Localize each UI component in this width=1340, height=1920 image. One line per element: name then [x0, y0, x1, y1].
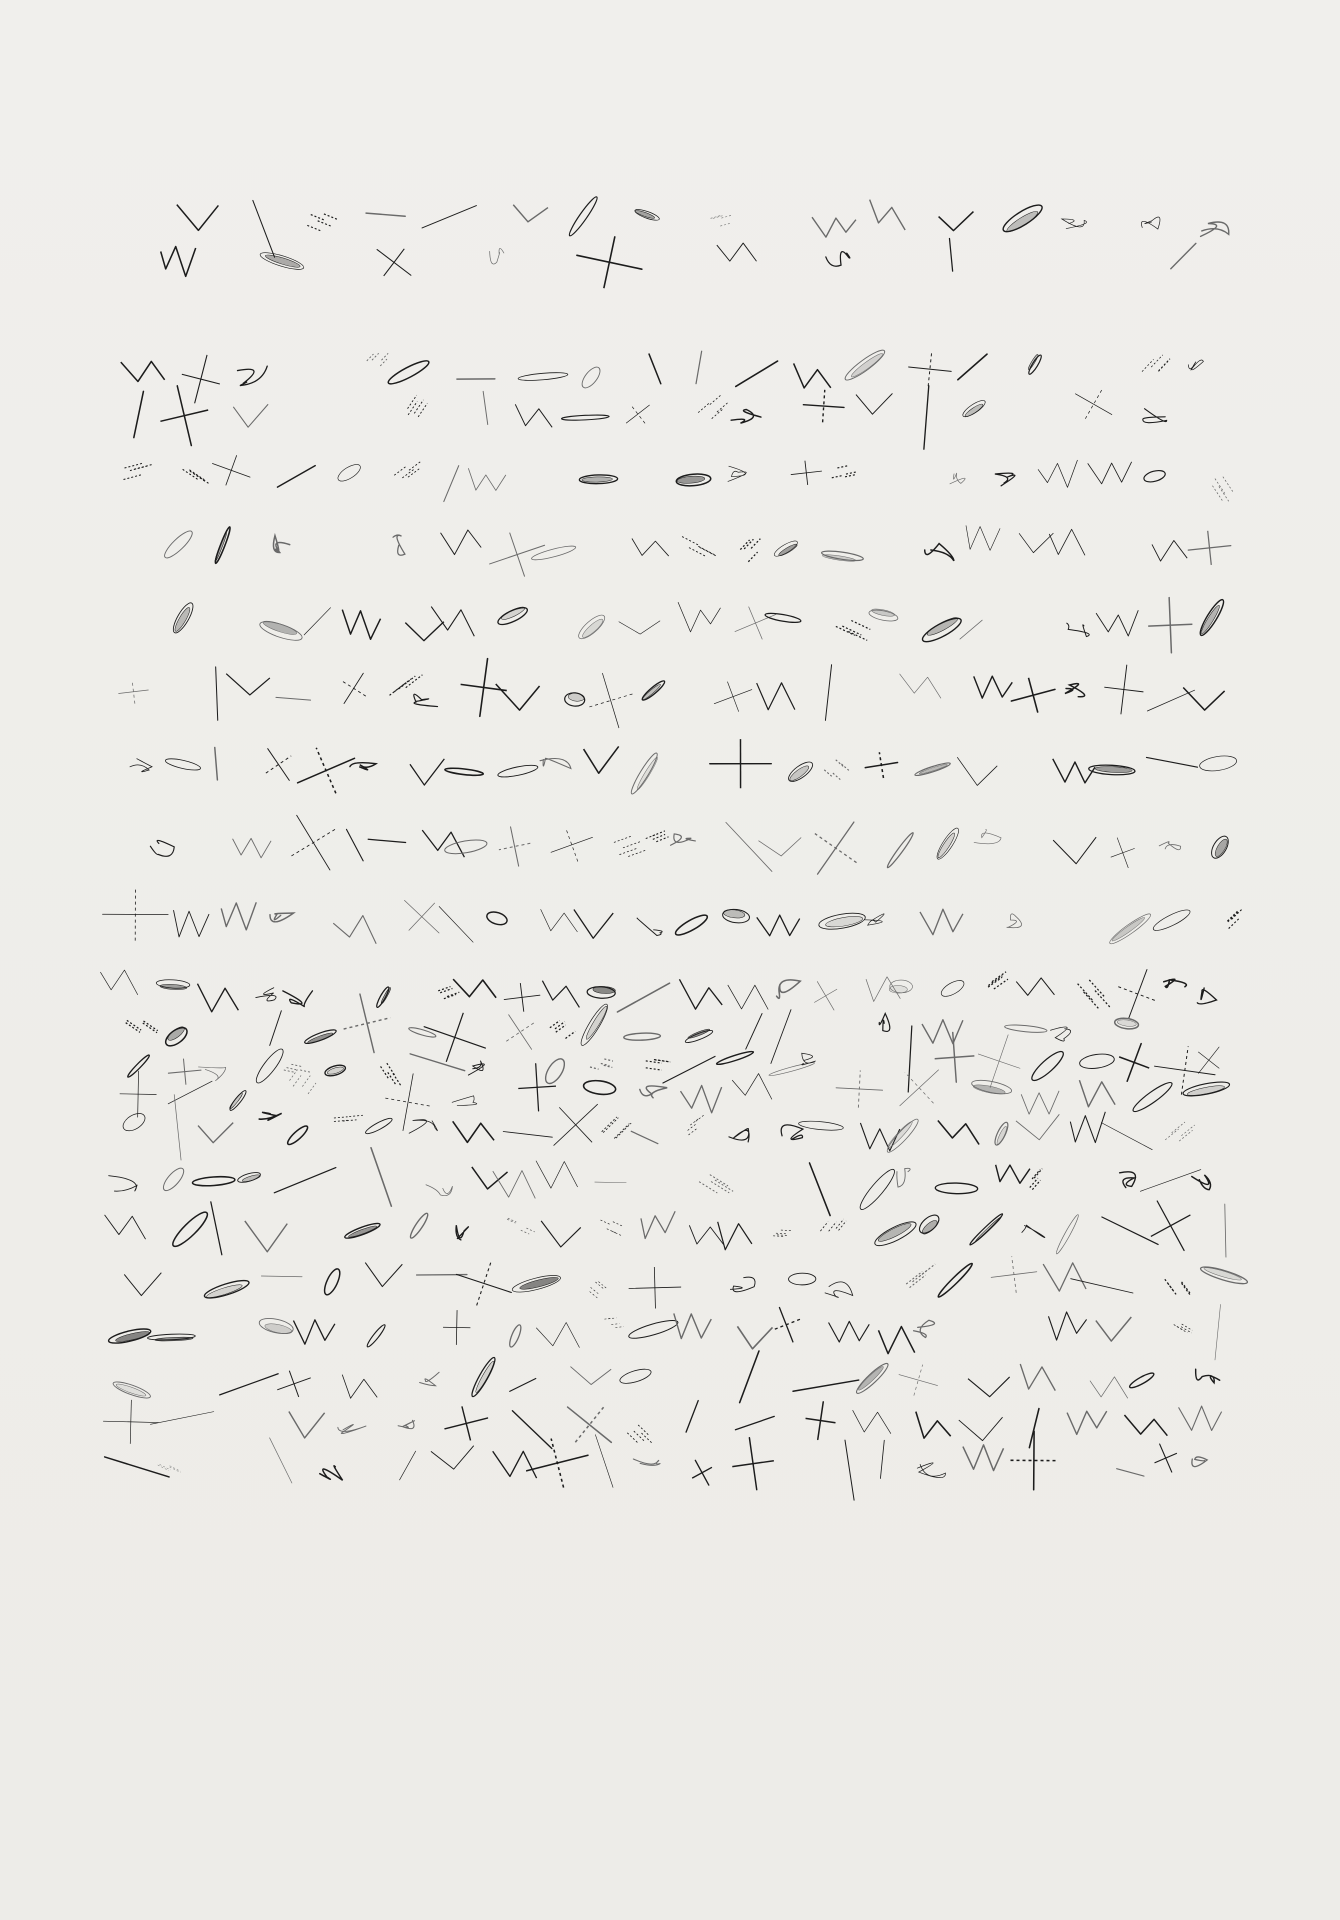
pen-mark [646, 1061, 662, 1063]
pen-mark [1143, 409, 1167, 423]
pen-mark [574, 909, 613, 938]
pen-mark [349, 1115, 363, 1116]
pen-mark [273, 536, 289, 553]
pen-mark [371, 1148, 391, 1206]
pen-mark [646, 834, 658, 839]
pen-mark [1067, 623, 1089, 636]
pen-mark [439, 907, 473, 943]
pen-mark [277, 466, 315, 488]
pen-mark [832, 476, 842, 478]
pen-mark [958, 354, 987, 380]
pen-mark [143, 1021, 157, 1031]
pen-mark [654, 1267, 655, 1309]
pen-mark [1124, 1415, 1167, 1436]
pen-mark [408, 1026, 437, 1039]
pen-mark [579, 364, 603, 391]
pen-mark [829, 1222, 837, 1231]
pen-mark [130, 466, 149, 471]
pen-mark [226, 455, 237, 485]
pen-mark [335, 461, 363, 484]
pen-mark [283, 991, 313, 1007]
pen-mark [857, 1365, 885, 1392]
pen-mark [936, 832, 957, 860]
pen-mark [712, 409, 723, 418]
pen-mark [740, 1351, 759, 1403]
pen-mark [749, 607, 763, 640]
pen-mark [1143, 468, 1167, 484]
pen-mark [716, 1050, 754, 1067]
pen-mark [1027, 354, 1039, 371]
pen-mark [420, 1372, 440, 1385]
pen-mark [996, 1165, 1030, 1183]
pen-mark [624, 1032, 661, 1040]
pen-mark [1182, 1283, 1191, 1295]
pen-mark [556, 1025, 566, 1032]
pen-mark [333, 916, 376, 944]
pen-mark [963, 1445, 1004, 1471]
pen-mark [698, 403, 709, 412]
pen-mark [919, 1264, 935, 1276]
pen-mark [316, 748, 336, 794]
pen-mark [220, 1374, 278, 1395]
pen-mark [590, 1292, 598, 1298]
pen-mark [614, 836, 633, 843]
pen-mark [513, 205, 548, 222]
pen-mark [1197, 988, 1216, 1004]
pen-mark [551, 837, 593, 852]
pen-mark [1171, 243, 1196, 268]
pen-mark [773, 1236, 785, 1237]
pen-mark [123, 475, 142, 480]
pen-mark [1146, 757, 1197, 767]
pen-mark [284, 1070, 296, 1073]
pen-mark [408, 401, 417, 415]
pen-mark [1090, 1377, 1128, 1398]
pen-mark [198, 1123, 233, 1143]
pen-mark [453, 1121, 494, 1142]
pen-mark [638, 1425, 648, 1435]
pen-mark [593, 986, 616, 994]
pen-mark [646, 1068, 662, 1070]
pen-mark [771, 1010, 791, 1064]
pen-mark [338, 1424, 366, 1433]
pen-mark [1155, 1453, 1177, 1463]
pen-mark [788, 1273, 815, 1285]
pen-mark [493, 1451, 537, 1478]
pen-mark [496, 684, 540, 710]
pen-mark [794, 363, 831, 388]
pen-mark [1201, 222, 1229, 236]
pen-mark [604, 236, 615, 288]
pen-mark [1196, 1369, 1220, 1383]
pen-mark [640, 1086, 667, 1098]
pen-mark [570, 1367, 611, 1385]
pen-mark [919, 763, 948, 775]
pen-mark [602, 673, 618, 727]
pen-mark [957, 757, 997, 785]
pen-mark [1165, 1129, 1178, 1140]
pen-mark [968, 1377, 1010, 1397]
pen-mark [400, 1451, 416, 1480]
pen-mark [1070, 1112, 1105, 1143]
pen-mark [1212, 486, 1222, 501]
pen-mark [334, 1117, 348, 1118]
pen-mark [327, 1066, 345, 1076]
pen-mark [293, 1320, 334, 1344]
pen-mark [1192, 1457, 1207, 1467]
pen-mark [613, 1222, 623, 1227]
pen-mark [1158, 359, 1170, 371]
pen-mark [233, 404, 268, 427]
pen-mark [978, 1054, 1020, 1068]
pen-mark [1231, 908, 1242, 919]
pen-mark [1179, 1406, 1222, 1430]
pen-mark [334, 1120, 348, 1121]
pen-mark [839, 1221, 847, 1230]
pen-mark [950, 473, 965, 484]
pen-mark [922, 1020, 963, 1044]
pen-mark [365, 1263, 402, 1287]
pen-mark [718, 1222, 752, 1250]
pen-mark [580, 617, 605, 640]
pen-mark [1119, 1057, 1149, 1068]
pen-mark [270, 1438, 292, 1483]
pen-mark [542, 1056, 568, 1087]
pen-mark [735, 1416, 774, 1429]
pen-mark [134, 391, 144, 437]
pen-mark [973, 1083, 1006, 1096]
pen-mark [598, 1282, 606, 1288]
pen-mark [615, 1327, 623, 1328]
pen-mark [503, 1131, 552, 1137]
pen-mark [757, 683, 795, 710]
pen-mark [270, 1011, 282, 1046]
pen-mark [121, 361, 165, 381]
pen-mark [1079, 1052, 1116, 1070]
pen-mark [253, 1046, 287, 1086]
pen-mark [409, 903, 435, 931]
pen-mark [342, 610, 380, 640]
pen-mark [444, 837, 488, 856]
pen-mark [653, 831, 665, 836]
pen-mark [290, 1070, 298, 1081]
pen-mark [366, 213, 405, 216]
pen-mark [595, 1182, 626, 1183]
pen-mark [1075, 394, 1111, 415]
pen-mark [160, 1464, 171, 1470]
pen-mark [897, 1168, 910, 1187]
pen-mark [155, 1337, 193, 1342]
pen-mark [380, 987, 392, 1005]
pen-mark [602, 1117, 617, 1132]
pen-mark [109, 1176, 137, 1192]
pen-mark [1219, 486, 1229, 501]
pen-mark [939, 212, 974, 231]
pen-mark [289, 1371, 298, 1397]
pen-mark [746, 1014, 762, 1050]
pen-mark [1029, 678, 1038, 713]
pen-mark [531, 543, 577, 562]
pen-mark [1005, 209, 1040, 235]
pen-mark [925, 544, 954, 561]
pen-mark [845, 1440, 854, 1500]
pen-mark [995, 1125, 1008, 1145]
pen-mark [711, 215, 722, 218]
pen-mark [682, 537, 700, 546]
pen-mark [105, 1215, 146, 1239]
pen-mark [161, 528, 195, 562]
pen-mark [468, 468, 505, 490]
pen-mark [582, 476, 613, 482]
pen-mark [729, 1129, 749, 1142]
pen-mark [1007, 914, 1022, 928]
pen-mark [730, 1277, 755, 1292]
pen-mark [192, 1175, 235, 1187]
pen-mark [158, 1465, 169, 1471]
pen-mark [1021, 1091, 1059, 1114]
pen-mark [777, 980, 801, 998]
pen-mark [409, 461, 422, 470]
pen-mark [443, 1327, 470, 1328]
pen-mark [1067, 1411, 1107, 1434]
pen-mark [216, 667, 218, 720]
pen-mark [715, 1180, 733, 1191]
pen-mark [311, 215, 324, 220]
pen-mark [1215, 479, 1225, 494]
pen-mark [1032, 1170, 1040, 1179]
pen-mark [825, 1282, 853, 1297]
pen-mark [414, 694, 438, 706]
pen-mark [561, 414, 609, 421]
pen-mark [836, 760, 843, 766]
pen-mark [814, 989, 837, 1002]
pen-mark [431, 1446, 474, 1469]
pen-mark [1215, 1304, 1221, 1360]
pen-mark [304, 608, 330, 635]
pen-mark [1172, 1122, 1185, 1133]
pen-mark [1118, 987, 1157, 1002]
pen-mark [846, 472, 856, 474]
pen-mark [160, 984, 187, 991]
pen-mark [346, 829, 363, 860]
pen-mark [1181, 1327, 1191, 1333]
pen-mark [1032, 1180, 1040, 1189]
pen-mark [170, 1466, 181, 1472]
pen-mark [1227, 910, 1238, 921]
pen-mark [398, 1420, 414, 1428]
pen-mark [431, 607, 474, 637]
pen-mark [408, 395, 417, 409]
pen-mark [603, 1118, 618, 1133]
pen-mark [507, 1219, 515, 1223]
pen-mark [1049, 529, 1085, 555]
pen-mark [1054, 1213, 1080, 1255]
pen-mark [541, 909, 578, 932]
pen-mark [483, 391, 488, 424]
pen-mark [214, 532, 228, 562]
pen-mark [1096, 610, 1138, 636]
pen-mark [444, 994, 456, 998]
pen-mark [673, 912, 709, 938]
pen-mark [802, 1053, 816, 1065]
pen-mark [365, 1323, 386, 1348]
pen-mark [583, 1079, 617, 1096]
pen-mark [1089, 980, 1104, 996]
pen-mark [344, 1018, 391, 1029]
pen-mark [1120, 1172, 1136, 1188]
pen-mark [1022, 1225, 1045, 1237]
pen-mark [641, 1211, 675, 1238]
pen-mark [143, 1023, 157, 1033]
pen-mark [678, 602, 720, 632]
pen-mark [388, 1072, 396, 1085]
pen-mark [422, 206, 476, 228]
pen-mark [748, 552, 757, 562]
pen-mark [680, 1085, 721, 1112]
pen-mark [822, 553, 856, 562]
pen-mark [728, 466, 746, 481]
pen-mark [1048, 1312, 1086, 1340]
pen-mark [408, 1212, 430, 1240]
pen-mark [699, 1182, 717, 1193]
pen-mark [342, 681, 366, 696]
pen-mark [856, 1166, 898, 1213]
pen-mark [1148, 624, 1192, 626]
pen-mark [130, 759, 152, 772]
pen-mark [634, 1431, 644, 1441]
pen-mark [262, 619, 298, 638]
pen-mark [837, 466, 847, 468]
pen-mark [287, 1068, 299, 1071]
pen-mark [511, 827, 519, 866]
pen-mark [1151, 355, 1163, 367]
pen-mark [1043, 1263, 1086, 1291]
pen-mark [197, 984, 238, 1012]
pen-mark [1071, 1279, 1133, 1293]
pen-mark [1030, 1178, 1038, 1187]
pen-mark [542, 981, 579, 1008]
pen-mark [1192, 1175, 1211, 1190]
pen-mark [512, 1411, 551, 1449]
pen-mark [510, 533, 525, 577]
pen-mark [322, 1267, 343, 1297]
pen-mark [604, 1059, 613, 1061]
pen-mark [803, 405, 844, 408]
pen-mark [567, 195, 600, 238]
pen-mark [468, 1061, 484, 1075]
pen-mark [568, 1407, 612, 1442]
pen-mark [1182, 1324, 1192, 1330]
pen-mark [485, 910, 508, 927]
pen-mark [717, 243, 757, 261]
pen-mark [441, 530, 482, 555]
pen-mark [849, 351, 884, 379]
pen-mark [452, 1096, 477, 1106]
pen-mark [1128, 1371, 1155, 1390]
pen-mark [617, 983, 669, 1012]
pen-mark [757, 915, 800, 936]
pen-mark [737, 1326, 772, 1348]
pen-mark [726, 822, 772, 871]
pen-mark [1159, 842, 1180, 850]
pen-mark [758, 837, 801, 855]
pen-mark [642, 683, 662, 701]
pen-mark [812, 217, 856, 237]
pen-mark [880, 1440, 884, 1478]
pen-mark [386, 357, 431, 387]
pen-mark [493, 1171, 535, 1199]
pen-mark [174, 1095, 181, 1160]
pen-mark [497, 763, 539, 779]
pen-mark [632, 539, 669, 557]
pen-mark [825, 665, 831, 721]
pen-mark [964, 402, 984, 418]
pen-mark [959, 1417, 1003, 1440]
pen-mark [1151, 906, 1192, 934]
pen-mark [509, 1015, 532, 1050]
pen-mark [1101, 1123, 1152, 1150]
pen-mark [177, 205, 219, 231]
pen-mark [736, 361, 778, 386]
pen-mark [124, 1273, 161, 1296]
pen-mark [508, 1324, 524, 1349]
pen-mark [886, 831, 915, 869]
pen-mark [860, 1123, 899, 1151]
pen-mark [1151, 1215, 1191, 1237]
pen-mark [551, 1439, 563, 1488]
pen-mark [1102, 1217, 1158, 1244]
pen-mark [526, 1228, 534, 1232]
pen-mark [1053, 837, 1096, 864]
pen-mark [120, 1110, 148, 1134]
pen-mark [877, 1221, 913, 1245]
pen-mark [410, 1054, 465, 1071]
pen-mark [938, 1121, 979, 1145]
pen-mark [541, 1221, 581, 1247]
pen-mark [1062, 219, 1087, 229]
pen-mark [1034, 1169, 1042, 1178]
pen-mark [1016, 978, 1054, 995]
pen-mark [215, 747, 218, 780]
pen-mark [1084, 992, 1099, 1008]
pen-mark [1111, 848, 1135, 857]
pen-mark [261, 1276, 302, 1277]
pen-mark [836, 1219, 844, 1228]
pen-mark [364, 1116, 394, 1136]
pen-mark [798, 1120, 844, 1132]
pen-mark [368, 839, 405, 842]
pen-mark [614, 1124, 629, 1139]
pen-mark [917, 1463, 945, 1478]
pen-mark [841, 764, 848, 770]
pen-mark [540, 758, 571, 768]
pen-mark [856, 393, 892, 414]
pen-mark [908, 1026, 912, 1092]
pen-mark [568, 692, 585, 701]
pen-mark [1038, 460, 1077, 487]
pen-mark [291, 829, 335, 856]
pen-mark [405, 622, 444, 641]
pen-mark [165, 757, 202, 773]
pen-mark [300, 1070, 312, 1073]
pen-mark [270, 913, 294, 922]
pen-mark [627, 1433, 637, 1443]
pen-mark [728, 985, 768, 1010]
pen-mark [671, 834, 696, 845]
pen-mark [453, 979, 496, 998]
pen-mark [510, 1378, 536, 1391]
pen-mark [820, 1222, 828, 1231]
